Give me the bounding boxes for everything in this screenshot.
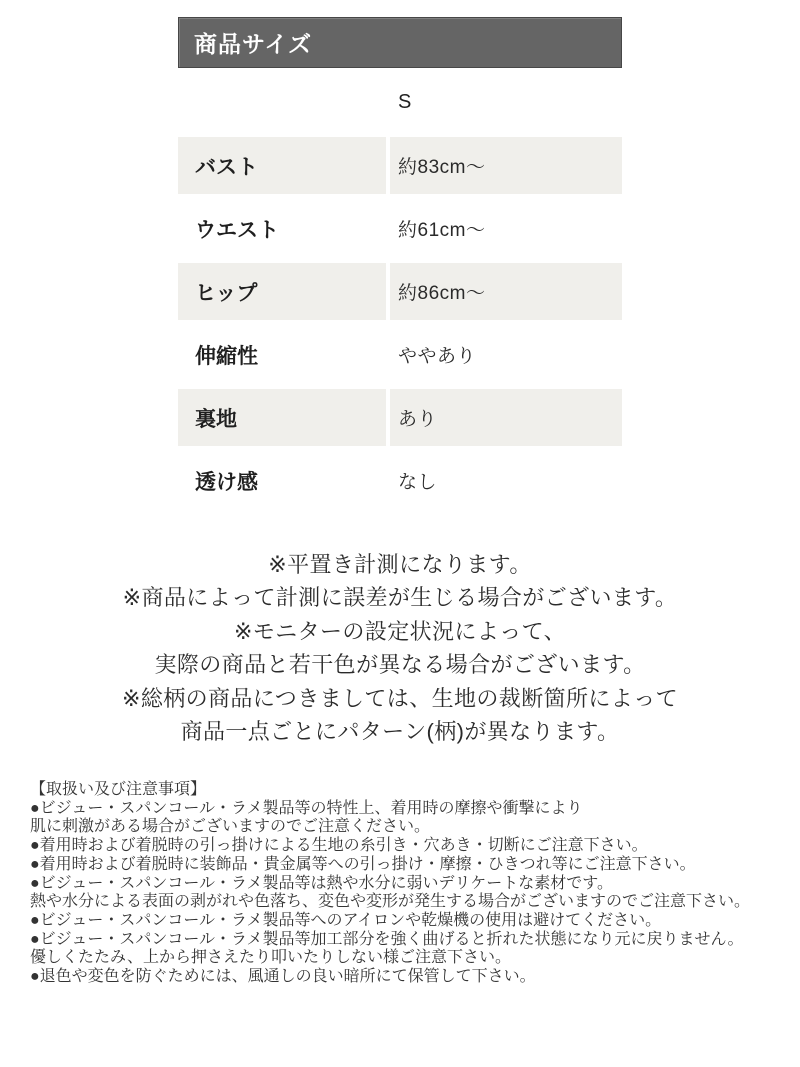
size-row-value: 約83cm〜 <box>390 137 622 194</box>
size-row-lining: 裏地 あり <box>178 389 622 446</box>
care-note-line: ●ビジュー・スパンコール・ラメ製品等へのアイロンや乾燥機の使用は避けてください。 <box>30 912 792 931</box>
product-size-page: 商品サイズ S バスト 約83cm〜 ウエスト 約61cm〜 ヒップ 約86cm… <box>0 0 800 1067</box>
size-row-value: なし <box>390 452 622 509</box>
size-row-label: ヒップ <box>178 263 386 320</box>
size-row-value: ややあり <box>390 326 622 383</box>
care-note-line: 熱や水分による表面の剥がれや色落ち、変色や変形が発生する場合がございますのでご注… <box>30 893 792 912</box>
care-note-line: ●着用時および着脱時の引っ掛けによる生地の糸引き・穴あき・切断にご注意下さい。 <box>30 837 792 856</box>
size-column-header: S <box>178 68 622 137</box>
care-note-line: 優しくたたみ、上から押さえたり叩いたりしない様ご注意下さい。 <box>30 949 792 968</box>
size-row-label: 透け感 <box>178 452 386 509</box>
note-line: ※平置き計測になります。 <box>0 548 800 581</box>
size-row-bust: バスト 約83cm〜 <box>178 137 622 194</box>
size-row-value: 約86cm〜 <box>390 263 622 320</box>
measurement-notes: ※平置き計測になります。 ※商品によって計測に誤差が生じる場合がございます。 ※… <box>0 548 800 748</box>
care-note-line: 肌に刺激がある場合がございますのでご注意ください。 <box>30 818 792 837</box>
note-line: ※商品によって計測に誤差が生じる場合がございます。 <box>0 581 800 614</box>
size-row-hip: ヒップ 約86cm〜 <box>178 263 622 320</box>
size-table-title-bar: 商品サイズ <box>178 17 622 68</box>
care-note-line: ●ビジュー・スパンコール・ラメ製品等の特性上、着用時の摩擦や衝撃により <box>30 800 792 819</box>
size-row-waist: ウエスト 約61cm〜 <box>178 200 622 257</box>
size-row-label: バスト <box>178 137 386 194</box>
size-row-label: ウエスト <box>178 200 386 257</box>
size-row-value: あり <box>390 389 622 446</box>
size-row-stretch: 伸縮性 ややあり <box>178 326 622 383</box>
note-line: 実際の商品と若干色が異なる場合がございます。 <box>0 648 800 681</box>
size-label: S <box>398 91 411 114</box>
size-row-label: 裏地 <box>178 389 386 446</box>
care-note-line: ●退色や変色を防ぐためには、風通しの良い暗所にて保管して下さい。 <box>30 968 792 987</box>
care-notes-heading: 【取扱い及び注意事項】 <box>30 781 792 800</box>
note-line: ※総柄の商品につきましては、生地の裁断箇所によって <box>0 682 800 715</box>
size-row-sheerness: 透け感 なし <box>178 452 622 509</box>
size-row-value: 約61cm〜 <box>390 200 622 257</box>
care-note-line: ●ビジュー・スパンコール・ラメ製品等加工部分を強く曲げると折れた状態になり元に戻… <box>30 931 792 950</box>
note-line: ※モニターの設定状況によって、 <box>0 615 800 648</box>
size-row-label: 伸縮性 <box>178 326 386 383</box>
note-line: 商品一点ごとにパターン(柄)が異なります。 <box>0 715 800 748</box>
care-note-line: ●着用時および着脱時に装飾品・貴金属等への引っ掛け・摩擦・ひきつれ等にご注意下さ… <box>30 856 792 875</box>
size-table: 商品サイズ S バスト 約83cm〜 ウエスト 約61cm〜 ヒップ 約86cm… <box>178 17 622 515</box>
size-table-title: 商品サイズ <box>194 26 312 59</box>
care-notes: 【取扱い及び注意事項】 ●ビジュー・スパンコール・ラメ製品等の特性上、着用時の摩… <box>30 781 792 987</box>
care-note-line: ●ビジュー・スパンコール・ラメ製品等は熱や水分に弱いデリケートな素材です。 <box>30 875 792 894</box>
